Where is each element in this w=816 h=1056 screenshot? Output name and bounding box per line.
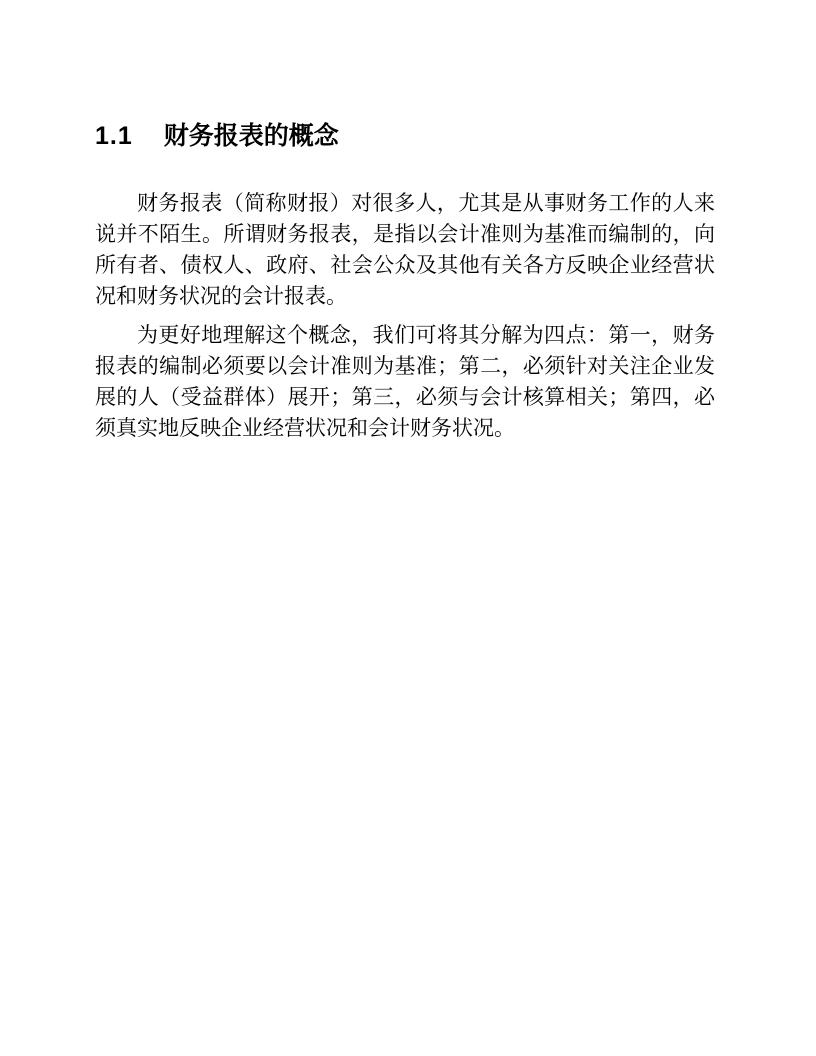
section-title: 财务报表的概念	[164, 122, 339, 150]
body-text: 财务报表（简称财报）对很多人，尤其是从事财务工作的人来说并不陌生。所谓财务报表，…	[95, 188, 715, 444]
section-number: 1.1	[95, 120, 133, 153]
section-heading: 1.1财务报表的概念	[95, 120, 715, 153]
paragraph-1: 财务报表（简称财报）对很多人，尤其是从事财务工作的人来说并不陌生。所谓财务报表，…	[95, 188, 715, 312]
paragraph-2: 为更好地理解这个概念，我们可将其分解为四点：第一，财务报表的编制必须要以会计准则…	[95, 320, 715, 444]
document-page: 1.1财务报表的概念 财务报表（简称财报）对很多人，尤其是从事财务工作的人来说并…	[0, 0, 816, 1056]
